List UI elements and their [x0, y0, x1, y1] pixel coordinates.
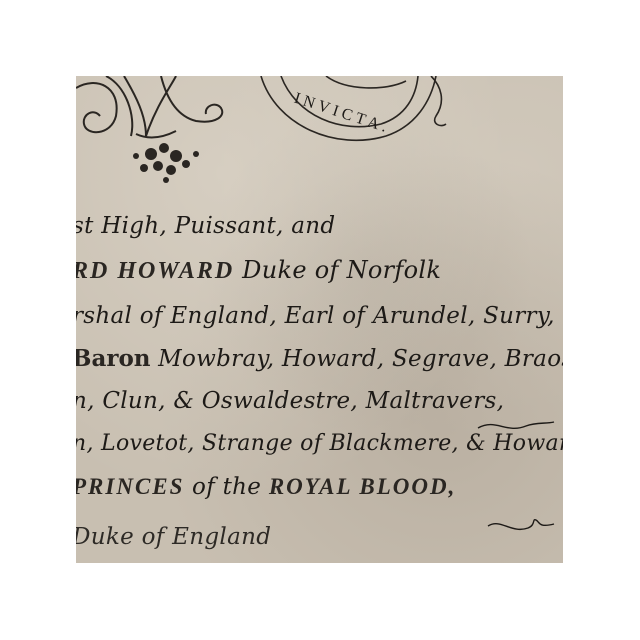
baron-label: Baron — [76, 345, 151, 372]
text-line-4: Baron Mowbray, Howard, Segrave, Braose — [76, 345, 563, 372]
flower-bouquet-icon — [133, 143, 199, 183]
engraved-document: INVICTA. st High, Puissant, and RD HOWAR… — [76, 76, 563, 563]
text-line-8: Duke of England — [76, 524, 271, 550]
text-line-3: rshal of England, Earl of Arundel, Surry… — [76, 303, 555, 329]
duke-name-caps: RD HOWARD — [76, 258, 234, 284]
text-line-5: n, Clun, & Oswaldestre, Maltravers, — [76, 388, 504, 414]
text-line-7: PRINCES of the ROYAL BLOOD, — [76, 474, 456, 500]
text-line-1: st High, Puissant, and — [76, 213, 335, 239]
flourish-ornament — [486, 516, 556, 536]
flourish-ornament — [476, 416, 556, 436]
coat-of-arms-ornament: INVICTA. — [76, 76, 563, 196]
motto-text: INVICTA. — [292, 90, 393, 137]
royal-blood-caps: ROYAL BLOOD, — [269, 474, 457, 499]
text-line-2: RD HOWARD Duke of Norfolk — [76, 256, 441, 285]
princes-caps: PRINCES — [76, 474, 184, 499]
